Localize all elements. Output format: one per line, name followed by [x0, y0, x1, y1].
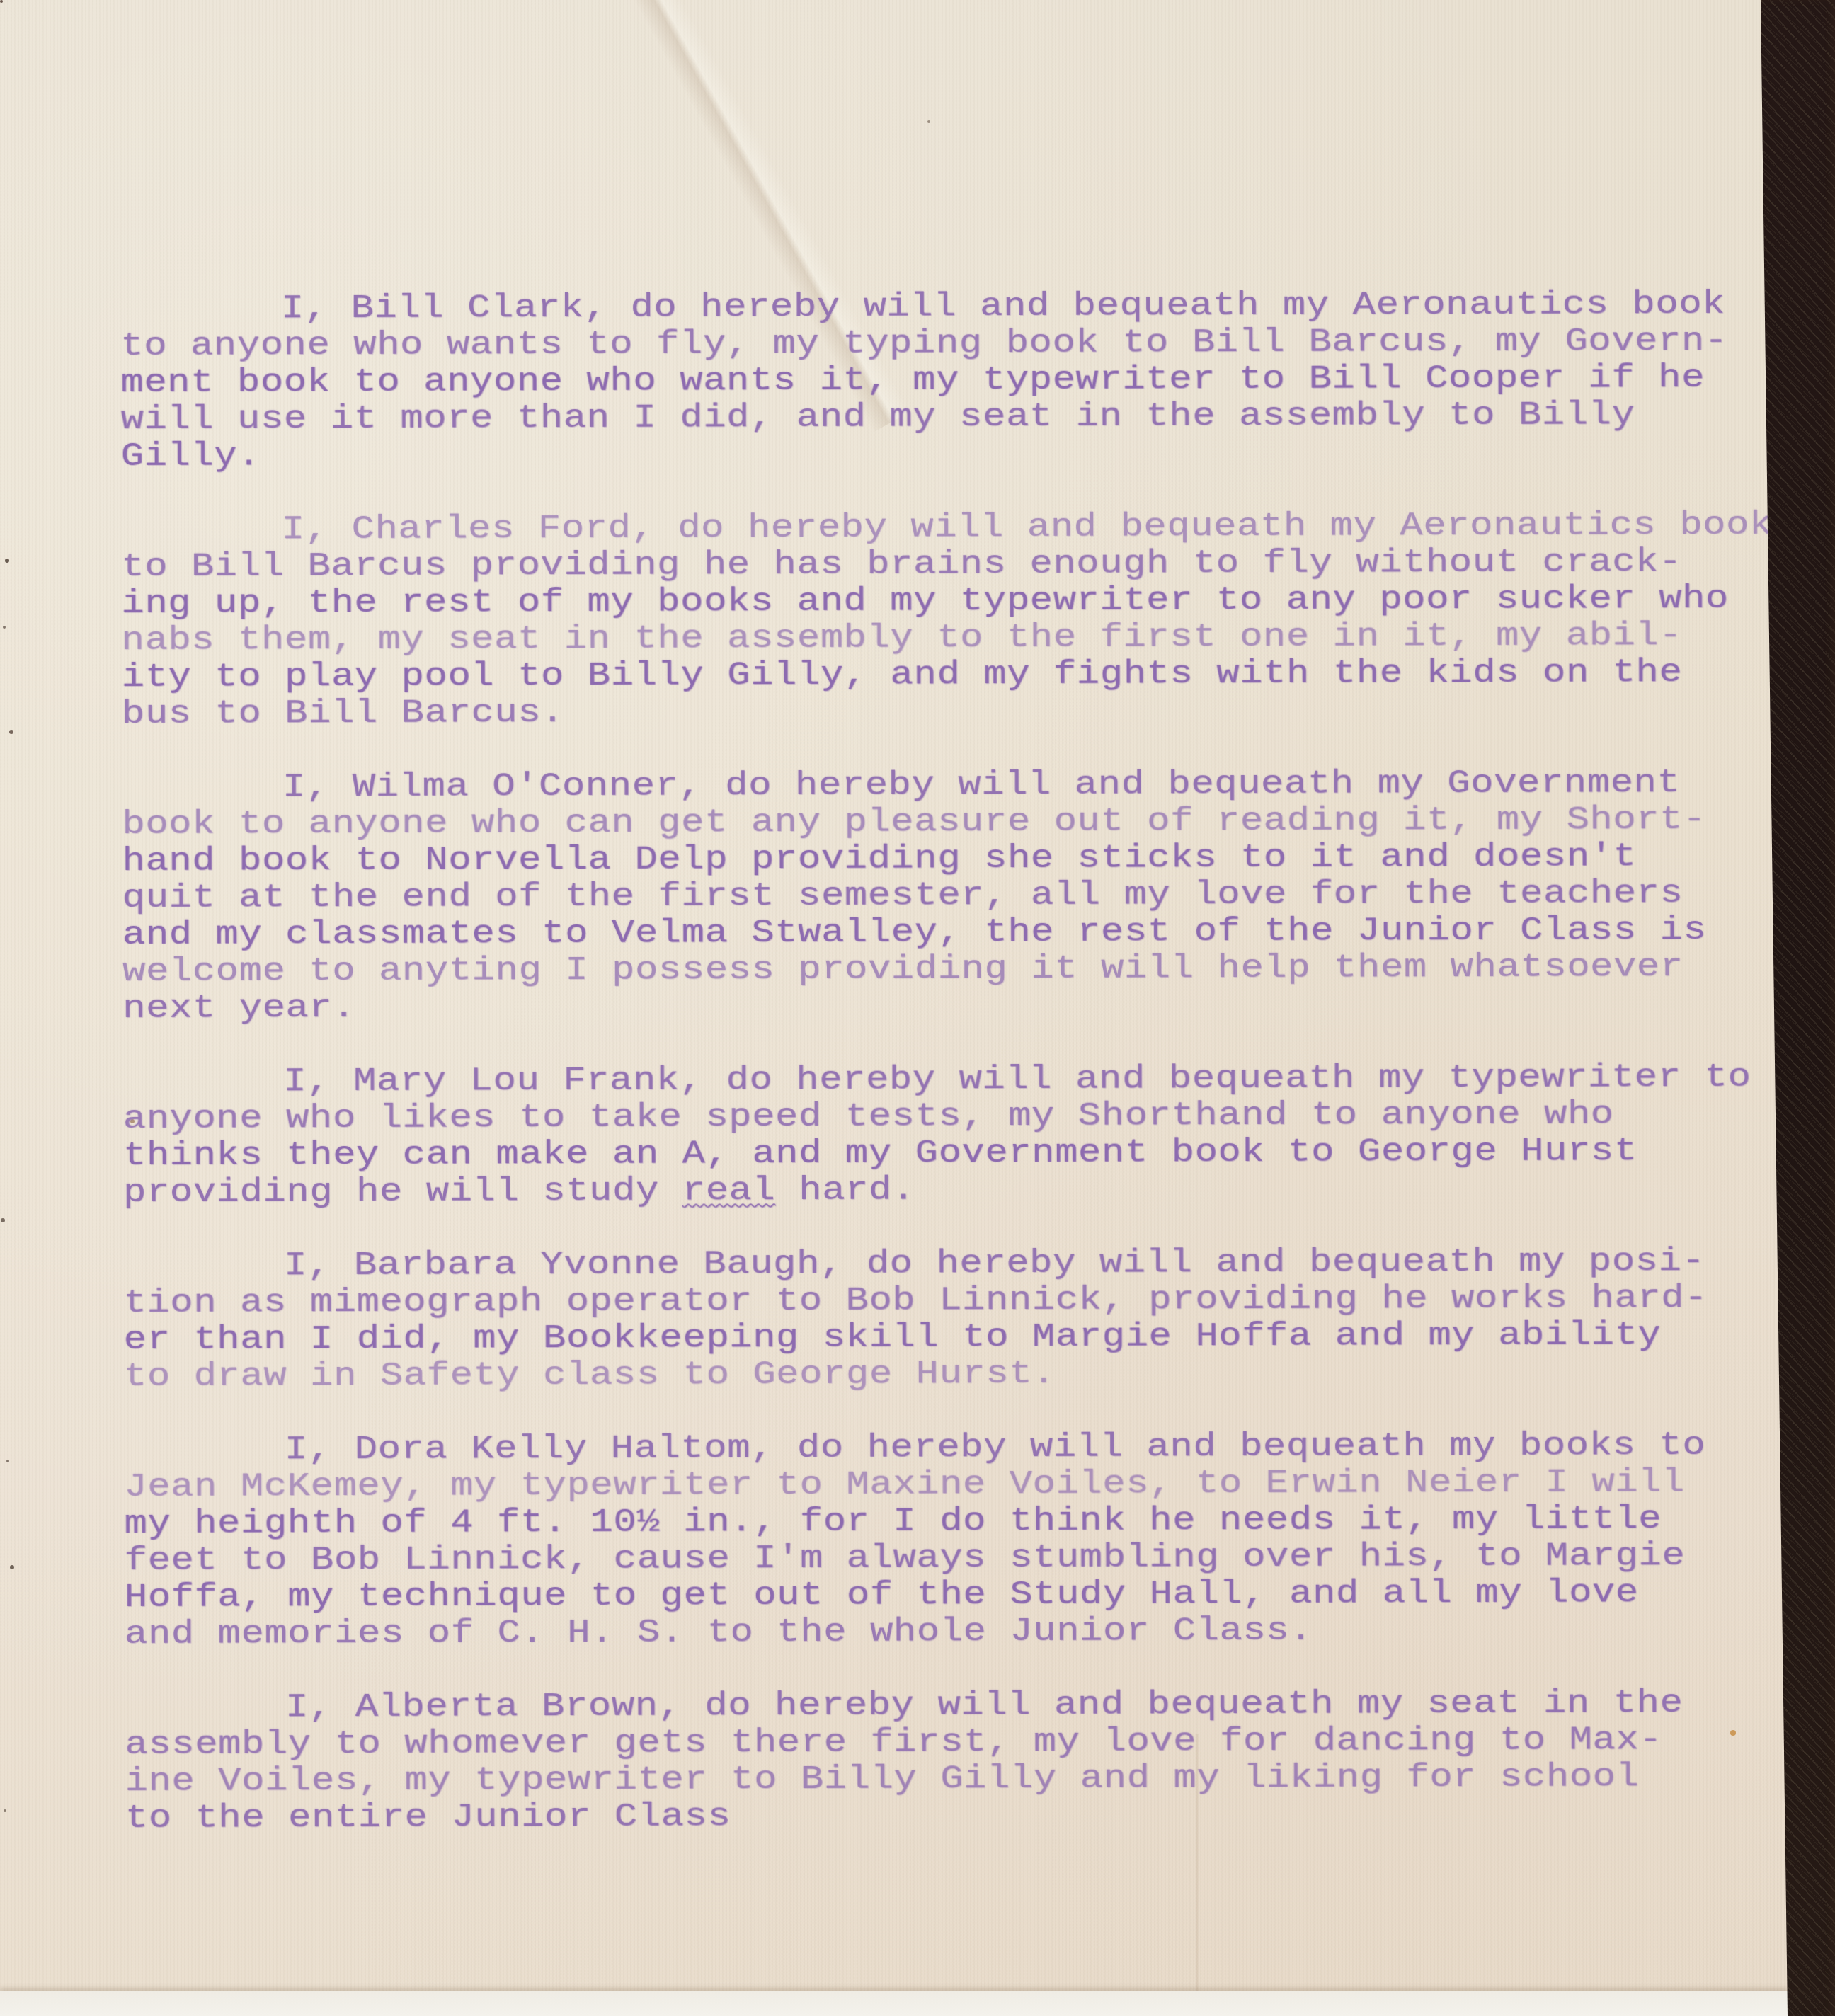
will-paragraph-mary-lou-frank: I, Mary Lou Frank, do hereby will and be… [122, 1060, 1751, 1212]
text-line: feet to Bob Linnick, cause I'm always st… [125, 1541, 1753, 1577]
text-line: I, Charles Ford, do hereby will and bequ… [121, 510, 1749, 546]
text-line: and memories of C. H. S. to the whole Ju… [125, 1615, 1753, 1651]
text-line: I, Bill Clark, do hereby will and bequea… [120, 290, 1749, 326]
text-line: anyone who likes to take speed tests, my… [123, 1099, 1751, 1135]
will-paragraph-charles-ford: I, Charles Ford, do hereby will and bequ… [121, 508, 1750, 733]
text-line: ment book to anyone who wants it, my typ… [120, 363, 1749, 399]
text-line: nabs them, my seat in the assembly to th… [121, 621, 1749, 657]
typewritten-text: I, Bill Clark, do hereby will and bequea… [120, 287, 1754, 1874]
text-line: welcome to anyting I possess providing i… [122, 952, 1751, 988]
text-line: next year. [122, 989, 1751, 1025]
text-line: I, Mary Lou Frank, do hereby will and be… [122, 1063, 1751, 1099]
text-line: thinks they can make an A, and my Govern… [123, 1136, 1751, 1172]
text-line: hand book to Norvella Delp providing she… [122, 842, 1750, 878]
will-paragraph-alberta-brown: I, Alberta Brown, do hereby will and beq… [125, 1685, 1754, 1838]
paper-page: I, Bill Clark, do hereby will and bequea… [0, 0, 1791, 2016]
text-line: er than I did, my Bookkeeping skill to M… [124, 1320, 1752, 1356]
text-line: assembly to whomever gets there first, m… [125, 1725, 1753, 1761]
text-line: Jean McKemey, my typewriter to Maxine Vo… [124, 1467, 1752, 1504]
text-line: quit at the end of the first semester, a… [122, 878, 1751, 915]
text-line: I, Barbara Yvonne Baugh, do hereby will … [123, 1247, 1751, 1283]
will-paragraph-barbara-yvonne-baugh: I, Barbara Yvonne Baugh, do hereby will … [123, 1244, 1752, 1396]
text-line: to draw in Safety class to George Hurst. [124, 1357, 1752, 1393]
text-line: I, Alberta Brown, do hereby will and beq… [125, 1688, 1753, 1724]
text-line: and my classmates to Velma Stwalley, the… [122, 915, 1751, 951]
text-line: book to anyone who can get any pleasure … [122, 805, 1750, 841]
will-paragraph-bill-clark: I, Bill Clark, do hereby will and bequea… [120, 287, 1749, 476]
text-line: will use it more than I did, and my seat… [121, 400, 1749, 436]
text-line: tion as mimeograph operator to Bob Linni… [123, 1283, 1751, 1319]
text-line: to Bill Barcus providing he has brains e… [121, 547, 1749, 583]
text-line: ine Voiles, my typewriter to Billy Gilly… [125, 1762, 1754, 1798]
text-line: to the entire Junior Class [125, 1799, 1754, 1835]
underlined-word: real [682, 1173, 776, 1210]
will-paragraph-dora-kelly-haltom: I, Dora Kelly Haltom, do hereby will and… [124, 1428, 1753, 1654]
paper-speck [0, 0, 3, 3]
scan-edge-strip [0, 1991, 1788, 2016]
text-line: to anyone who wants to fly, my typing bo… [120, 326, 1749, 362]
will-paragraph-wilma-oconner: I, Wilma O'Conner, do hereby will and be… [122, 765, 1751, 1028]
scanned-document: { "colors": { "paper": "#e9e1d2", "ink":… [0, 0, 1835, 2016]
text-line: Hoffa, my technique to get out of the St… [125, 1578, 1753, 1614]
text-line: ity to play pool to Billy Gilly, and my … [122, 658, 1750, 694]
text-line: my heighth of 4 ft. 10½ in., for I do th… [124, 1504, 1752, 1540]
text-line: bus to Bill Barcus. [122, 694, 1750, 731]
text-line: providing he will study real hard. [123, 1173, 1751, 1209]
text-line: Gilly. [121, 437, 1749, 473]
text-line: I, Wilma O'Conner, do hereby will and be… [122, 768, 1750, 804]
text-line: I, Dora Kelly Haltom, do hereby will and… [124, 1431, 1752, 1467]
text-line: ing up, the rest of my books and my type… [121, 584, 1749, 620]
